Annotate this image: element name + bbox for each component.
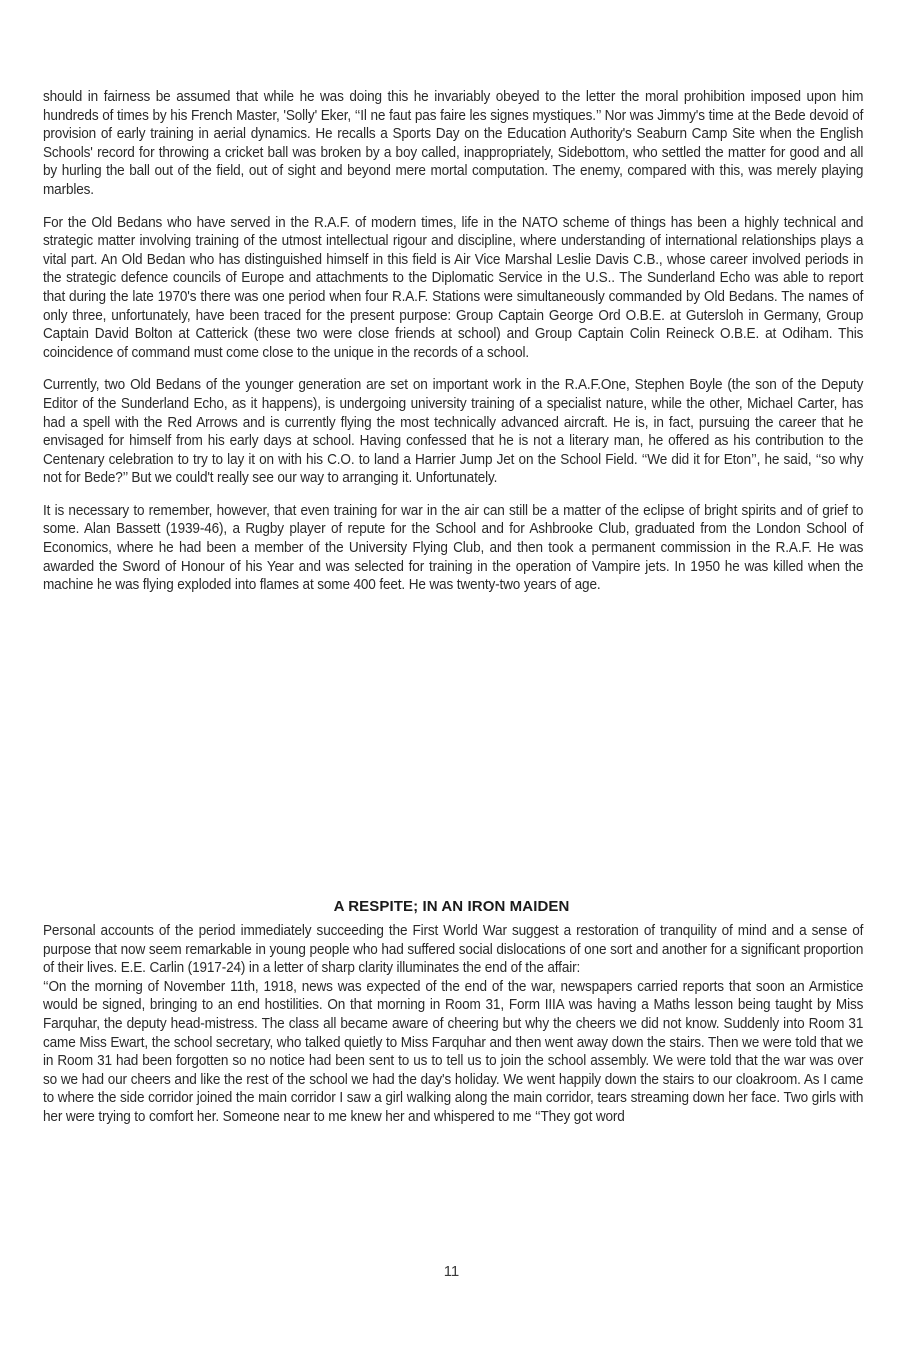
section-respite: Personal accounts of the period immediat… <box>43 922 863 1141</box>
paragraph-alan-bassett: It is necessary to remember, however, th… <box>43 502 863 595</box>
section-heading: A RESPITE; IN AN IRON MAIDEN <box>0 898 903 915</box>
page-number: 11 <box>0 1263 903 1280</box>
paragraph-carlin-letter: ‘‘On the morning of November 11th, 1918,… <box>43 978 863 1127</box>
paragraph-cricket-ball: should in fairness be assumed that while… <box>43 88 863 200</box>
paragraph-younger-generation: Currently, two Old Bedans of the younger… <box>43 376 863 488</box>
paragraph-old-bedans-raf: For the Old Bedans who have served in th… <box>43 214 863 363</box>
section-air-force: should in fairness be assumed that while… <box>43 88 863 609</box>
paragraph-intro: Personal accounts of the period immediat… <box>43 922 863 978</box>
